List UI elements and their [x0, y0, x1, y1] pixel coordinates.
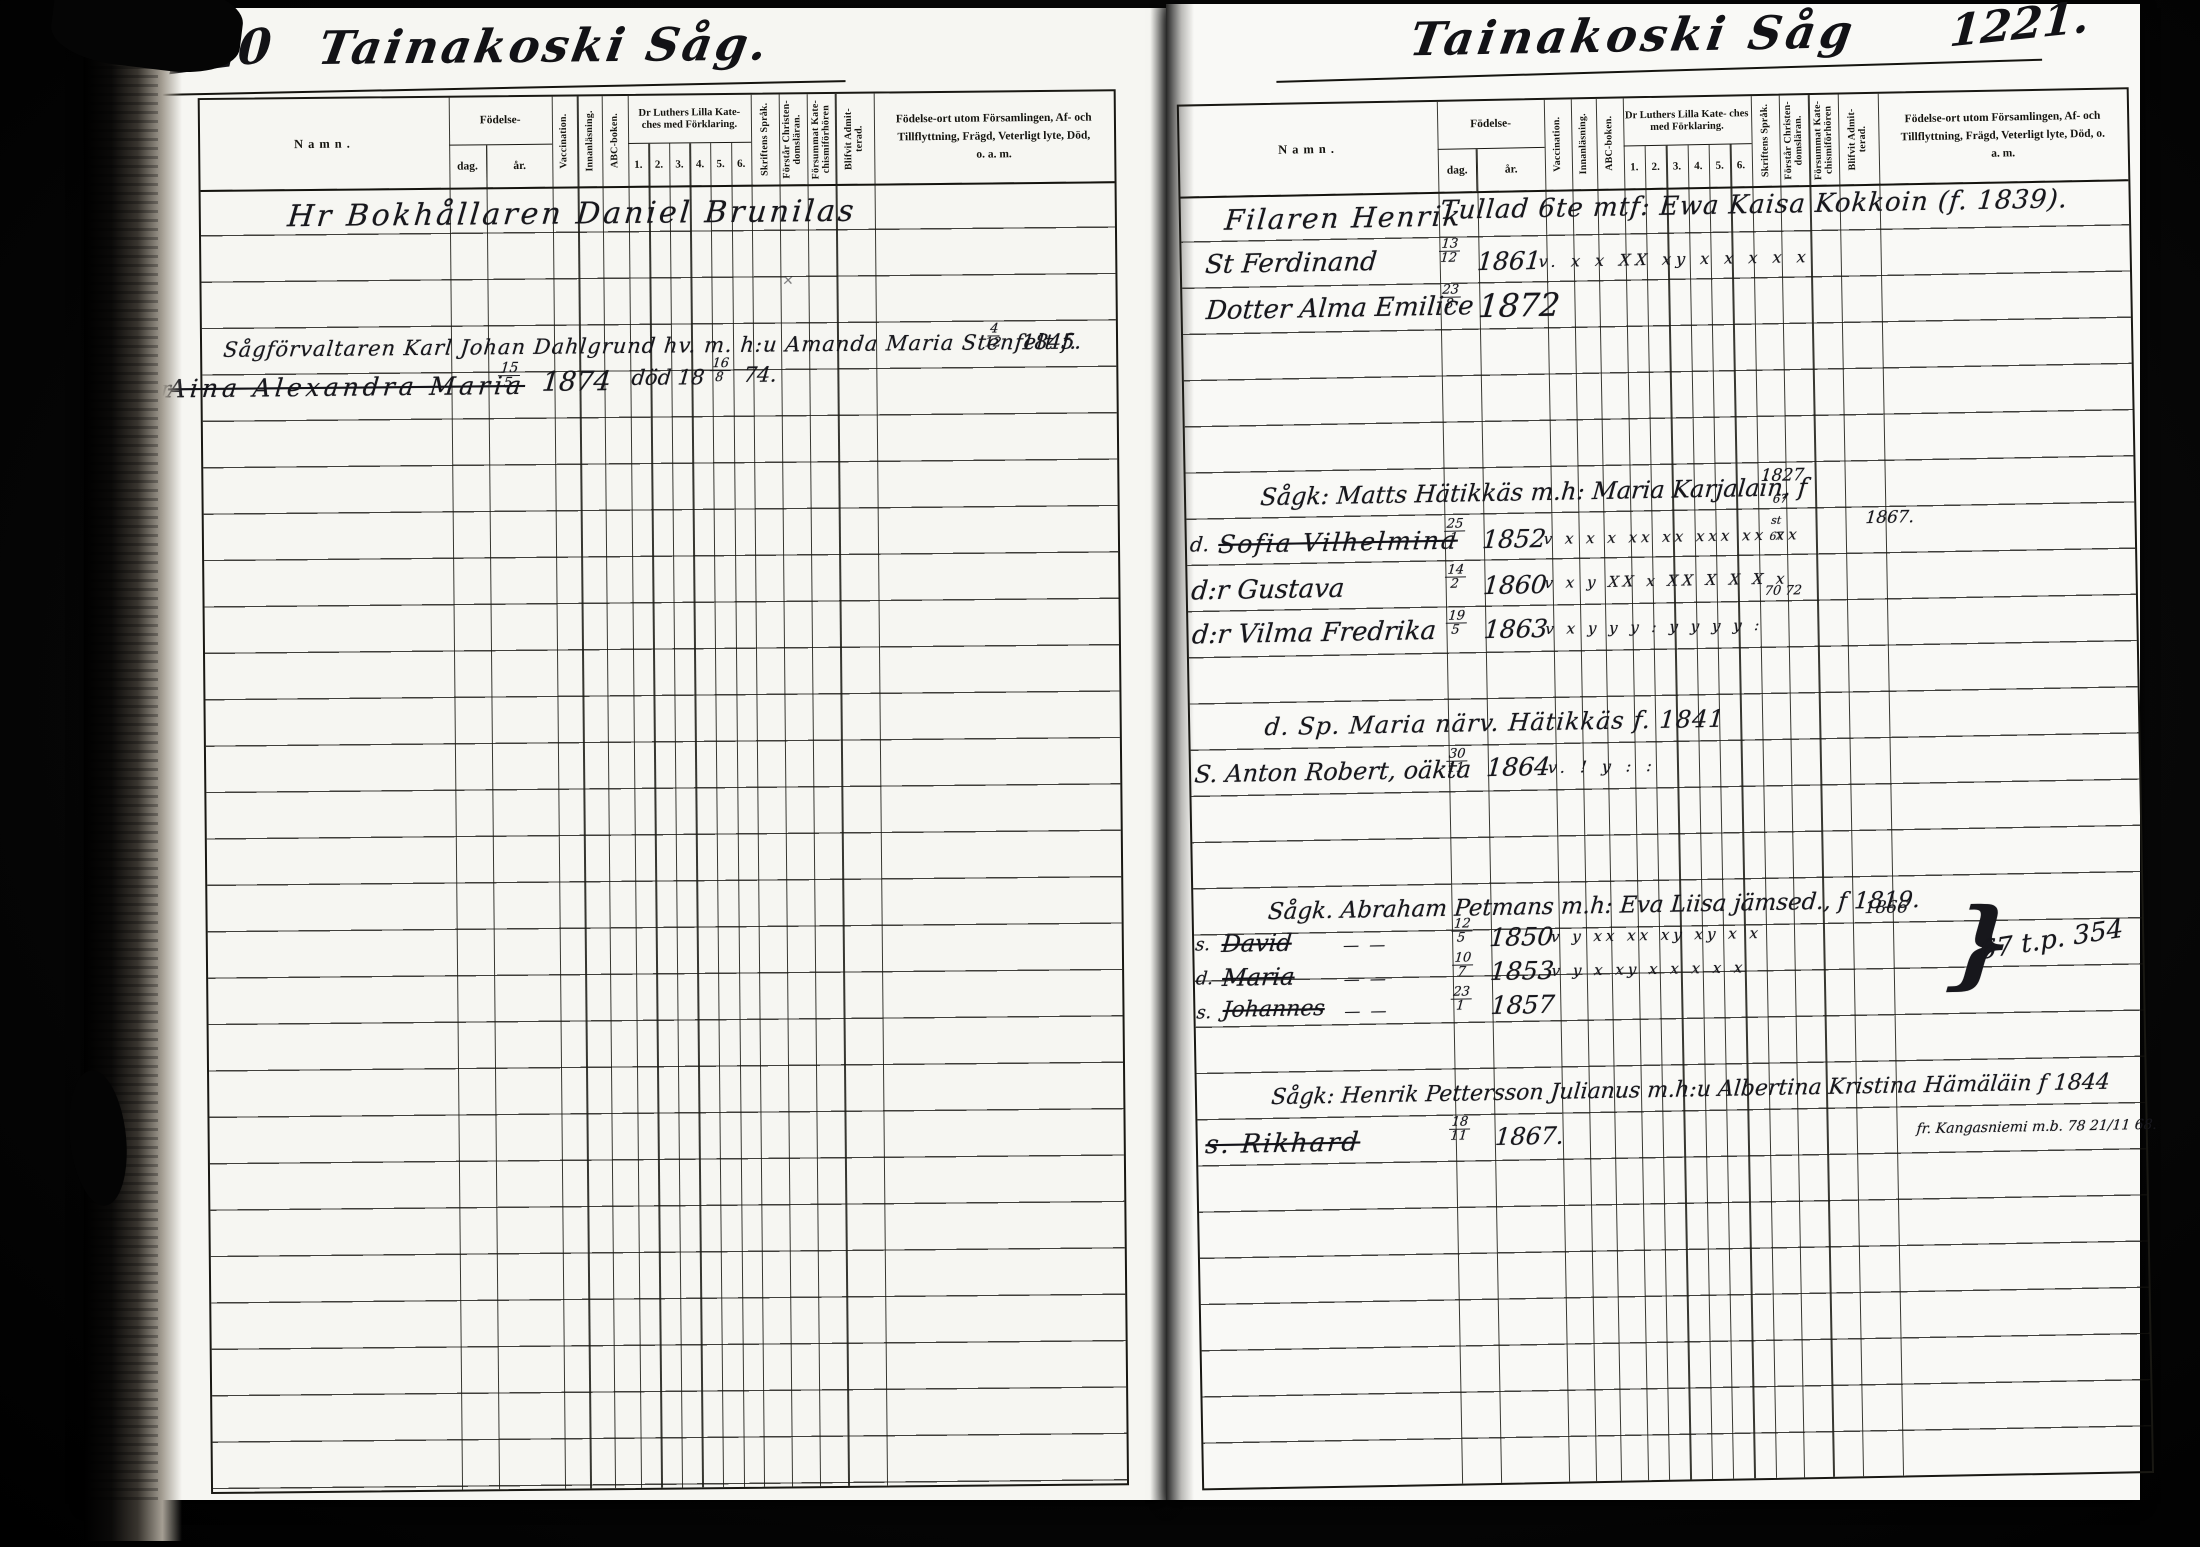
handwritten-entry: — — — [1342, 935, 1386, 955]
handwritten-entry: Sågförvaltaren Karl Johan Dahlgrund hv. … — [222, 330, 1079, 362]
left-page-content: 1220 Tainakoski Såg. Namn. Födelse- dag.… — [79, 3, 1173, 1505]
handwritten-entry: 1857 — [1490, 990, 1556, 1020]
book-gutter-shadow — [1166, 4, 1194, 1500]
page-edge-shadow — [1150, 8, 1166, 1500]
handwritten-entry: v y xx xx xy xy x x — [1550, 924, 1762, 946]
handwritten-entry: Sofia Vilhelmina — [1217, 526, 1459, 559]
handwritten-entry: s. — [1196, 1002, 1213, 1023]
handwritten-entry: 1867. — [1865, 507, 1915, 528]
handwritten-entry: 1867. — [1494, 1122, 1565, 1151]
handwritten-entry: Hr Bokhållaren Daniel Brunilas — [286, 194, 858, 234]
handwritten-entry: d:r Vilma Fredrika — [1191, 616, 1438, 651]
handwritten-entry: v. ! y : : — [1547, 756, 1657, 777]
handwritten-entry: 1850 — [1488, 922, 1554, 952]
handwritten-entry: 142 — [1444, 563, 1467, 591]
handwritten-entry: — — — [1343, 969, 1387, 989]
handwritten-entry: 195 — [1445, 609, 1468, 637]
handwritten-entry: 251 — [1443, 517, 1466, 545]
handwritten-entry: d:r Gustava — [1190, 574, 1346, 607]
handwritten-entry: v y x xy x x x x x — [1551, 958, 1747, 980]
handwritten-entry: 1864 — [1485, 752, 1551, 782]
handwritten-entry: v x y y y : y y y y : — [1545, 616, 1765, 638]
handwritten-entry: 1866 — [1864, 897, 1909, 918]
handwritten-entry: 3011 — [1445, 747, 1468, 775]
handwritten-entry: 1312 — [1438, 237, 1461, 265]
handwritten-entry: 168 — [708, 357, 731, 385]
right-page: Tainakoski Såg 1221. Namn. Födelse- dag.… — [1166, 4, 2140, 1500]
handwritten-entry: Sågk: Henrik Pettersson Julianus m.h:u A… — [1270, 1070, 2111, 1110]
scan-blotch — [47, 0, 246, 79]
handwritten-entry: 1863 — [1483, 614, 1549, 644]
handwritten-entry: 1860 — [1482, 570, 1548, 600]
handwritten-entry: Johannes — [1222, 996, 1326, 1023]
handwritten-entry: Maria — [1221, 963, 1296, 992]
handwritten-entry: Tullad 6te mtf: Ewa Kaisa Kokkoin (f. 18… — [1439, 184, 2069, 226]
handwritten-entry: S. Anton Robert, oäkta — [1193, 755, 1472, 788]
handwritten-entry: Sågk: Matts Hätikkäs m.h: Maria Karjalai… — [1259, 473, 1808, 511]
handwritten-entry: d. — [1195, 968, 1214, 989]
handwritten-entry: 1845. — [1020, 330, 1082, 355]
handwritten-entry: Filaren Henrik — [1223, 199, 1463, 236]
handwritten-entry: 67 — [1772, 491, 1788, 505]
handwritten-entry: 1861 — [1476, 246, 1542, 276]
handwriting-layer: Hr Bokhållaren Daniel Brunilas×Sågförval… — [79, 3, 1173, 1505]
handwritten-entry: 107 — [1451, 951, 1474, 979]
handwritten-entry: st — [1771, 514, 1782, 527]
handwritten-entry: — — — [1344, 1001, 1388, 1021]
book-spine-texture — [86, 8, 158, 1500]
handwritten-entry: 1811 — [1448, 1115, 1471, 1143]
handwritten-entry: 67 — [1769, 530, 1784, 543]
handwritten-entry: 125 — [1450, 917, 1473, 945]
left-page: 1220 Tainakoski Såg. Namn. Födelse- dag.… — [86, 8, 1166, 1500]
handwritten-entry: d. Sp. Maria närv. Hätikkäs f. 1841 — [1263, 705, 1725, 741]
handwritten-entry: 231 — [1449, 985, 1472, 1013]
handwritten-entry: v x y XX x XX X X X x — [1544, 569, 1790, 592]
handwritten-entry: St Ferdinand — [1204, 247, 1378, 280]
handwritten-entry: Dotter Alma Emilice — [1205, 291, 1475, 326]
handwritten-entry: 1874 — [541, 366, 613, 398]
handwritten-entry: 238 — [1439, 283, 1462, 311]
handwritten-entry: död 18 — [631, 365, 706, 390]
handwritten-entry: Aina Alexandra Maria — [167, 371, 527, 403]
handwritten-entry: v. x x XX xy x x x x x — [1538, 247, 1812, 271]
handwritten-entry: David — [1220, 929, 1293, 958]
handwritten-entry: 155 — [497, 361, 522, 391]
handwritten-entry: 1852 — [1481, 524, 1547, 554]
handwritten-entry: 70 72 — [1764, 583, 1803, 599]
handwriting-layer: Filaren HenrikTullad 6te mtf: Ewa Kaisa … — [1155, 0, 2156, 1509]
handwritten-entry: × — [782, 272, 795, 288]
handwritten-entry: Sågk. Abraham Petmans m.h: Eva Liisa jäm… — [1267, 887, 1921, 925]
handwritten-entry: s. Rikhard — [1204, 1127, 1361, 1160]
handwritten-entry: 74. — [742, 363, 778, 387]
handwritten-entry: s. — [1194, 934, 1211, 955]
handwritten-entry: 1872 — [1477, 286, 1562, 326]
handwritten-entry: 1853 — [1489, 956, 1555, 986]
handwritten-entry: fr. Kangasniemi m.b. 78 21/11 68. — [1916, 1117, 2158, 1137]
right-page-content: Tainakoski Såg 1221. Namn. Födelse- dag.… — [1155, 0, 2156, 1509]
handwritten-entry: 412 — [984, 322, 1003, 350]
handwritten-entry: 1827 — [1760, 465, 1805, 486]
handwritten-entry: v x x x xx xx xxx xx xx — [1543, 525, 1802, 548]
